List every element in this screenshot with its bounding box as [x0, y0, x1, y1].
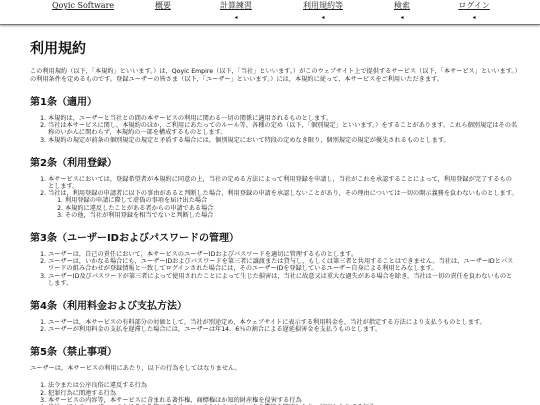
submenu-arrow-icon[interactable]: ◂	[298, 14, 348, 22]
article-1: 第1条（適用） 本規約は，ユーザーと当社との間の本サービスの利用に関わる一切の関…	[30, 93, 518, 144]
submenu-arrow-icon[interactable]: ◂	[385, 14, 419, 22]
nav-item-qoyic-software: Qoyic Software	[52, 1, 106, 11]
article-4: 第4条（利用料金および支払方法） ユーザーは，本サービスの有料部分の対価として，…	[30, 297, 518, 333]
list-item: 本規約の規定が前条の個別規定の規定と矛盾する場合には，個別規定において特段の定め…	[48, 137, 518, 144]
nav-link-calculation-practice[interactable]: 計算練習	[214, 1, 258, 11]
nav-item-terms: 利用規約等 ◂	[298, 1, 348, 22]
article-heading: 第5条（禁止事項）	[30, 343, 518, 358]
list-item: 本サービスの内容等，本サービスに含まれる著作権，商標権ほか知的財産権を侵害する行…	[48, 397, 518, 404]
nav-link-terms[interactable]: 利用規約等	[298, 1, 348, 11]
sub-list: 利用登録の申請に際して虚偽の事項を届け出た場合 本規約に違反したことがある者から…	[48, 197, 518, 219]
nav-item-login: ログイン ◂	[454, 1, 494, 22]
sub-list-item: 利用登録の申請に際して虚偽の事項を届け出た場合	[65, 197, 518, 204]
list-item: 本サービスにおいては，登録希望者が本規約に同意の上，当社の定める方法によって利用…	[48, 176, 518, 190]
submenu-arrow-icon[interactable]: ◂	[454, 14, 494, 22]
list-item: 法令または公序良俗に違反する行為	[48, 382, 518, 389]
nav-link-overview[interactable]: 概要	[146, 1, 180, 11]
main-content: 利用規約 この利用規約（以下，「本規約」といいます。）は，Qoyic Empir…	[0, 38, 540, 405]
page-title: 利用規約	[30, 38, 518, 58]
list-item: 当社は，利用登録の申請者に以下の事由があると判断した場合，利用登録の申請を承認し…	[48, 190, 518, 219]
nav-link-qoyic-software[interactable]: Qoyic Software	[52, 1, 106, 11]
nav-item-overview: 概要	[146, 1, 180, 11]
article-3: 第3条（ユーザーIDおよびパスワードの管理） ユーザーは，自己の責任において，本…	[30, 229, 518, 287]
list-item: 当社は本サービスに関し，本規約のほか，ご利用にあたってのルール等，各種の定め（以…	[48, 122, 518, 136]
article-list: 本規約は，ユーザーと当社との間の本サービスの利用に関わる一切の関係に適用されるも…	[30, 115, 518, 144]
sub-list-item: その他，当社が利用登録を相当でないと判断した場合	[65, 212, 518, 219]
list-item: ユーザーが利用料金の支払を遅滞した場合には，ユーザーは年14．6％の割合による遅…	[48, 326, 518, 333]
nav-link-login[interactable]: ログイン	[454, 1, 494, 11]
article-list: ユーザーは，自己の責任において，本サービスのユーザーIDおよびパスワードを適切に…	[30, 251, 518, 287]
article-heading: 第1条（適用）	[30, 93, 518, 108]
nav-item-calculation-practice: 計算練習 ◂	[214, 1, 258, 22]
submenu-arrow-icon[interactable]: ◂	[214, 14, 258, 22]
article-2: 第2条（利用登録） 本サービスにおいては，登録希望者が本規約に同意の上，当社の定…	[30, 154, 518, 219]
nav-item-search: 検索 ◂	[385, 1, 419, 22]
list-item: ユーザーは，いかなる場合にも，ユーザーIDおよびパスワードを第三者に譲渡または貸…	[48, 258, 518, 272]
article-list: 法令または公序良俗に違反する行為 犯罪行為に関連する行為 本サービスの内容等，本…	[30, 382, 518, 405]
list-item: 犯罪行為に関連する行為	[48, 390, 518, 397]
article-list: ユーザーは，本サービスの有料部分の対価として，当社が別途定め，本ウェブサイトに表…	[30, 319, 518, 333]
list-item: ユーザーID及びパスワードが第三者によって使用されたことによって生じた損害は，当…	[48, 273, 518, 287]
top-navigation: Qoyic Software 概要 計算練習 ◂ 利用規約等 ◂ 検索 ◂ ログ…	[0, 0, 540, 25]
sub-list-item: 本規約に違反したことがある者からの申請である場合	[65, 205, 518, 212]
article-heading: 第4条（利用料金および支払方法）	[30, 297, 518, 312]
nav-link-search[interactable]: 検索	[385, 1, 419, 11]
article-list: 本サービスにおいては，登録希望者が本規約に同意の上，当社の定める方法によって利用…	[30, 176, 518, 219]
article-heading: 第3条（ユーザーIDおよびパスワードの管理）	[30, 229, 518, 244]
article-heading: 第2条（利用登録）	[30, 154, 518, 169]
article-lead: ユーザーは，本サービスの利用にあたり，以下の行為をしてはなりません。	[30, 365, 518, 373]
article-5: 第5条（禁止事項） ユーザーは，本サービスの利用にあたり，以下の行為をしてはなり…	[30, 343, 518, 405]
intro-paragraph: この利用規約（以下，「本規約」といいます。）は，Qoyic Empire（以下，…	[30, 68, 518, 84]
